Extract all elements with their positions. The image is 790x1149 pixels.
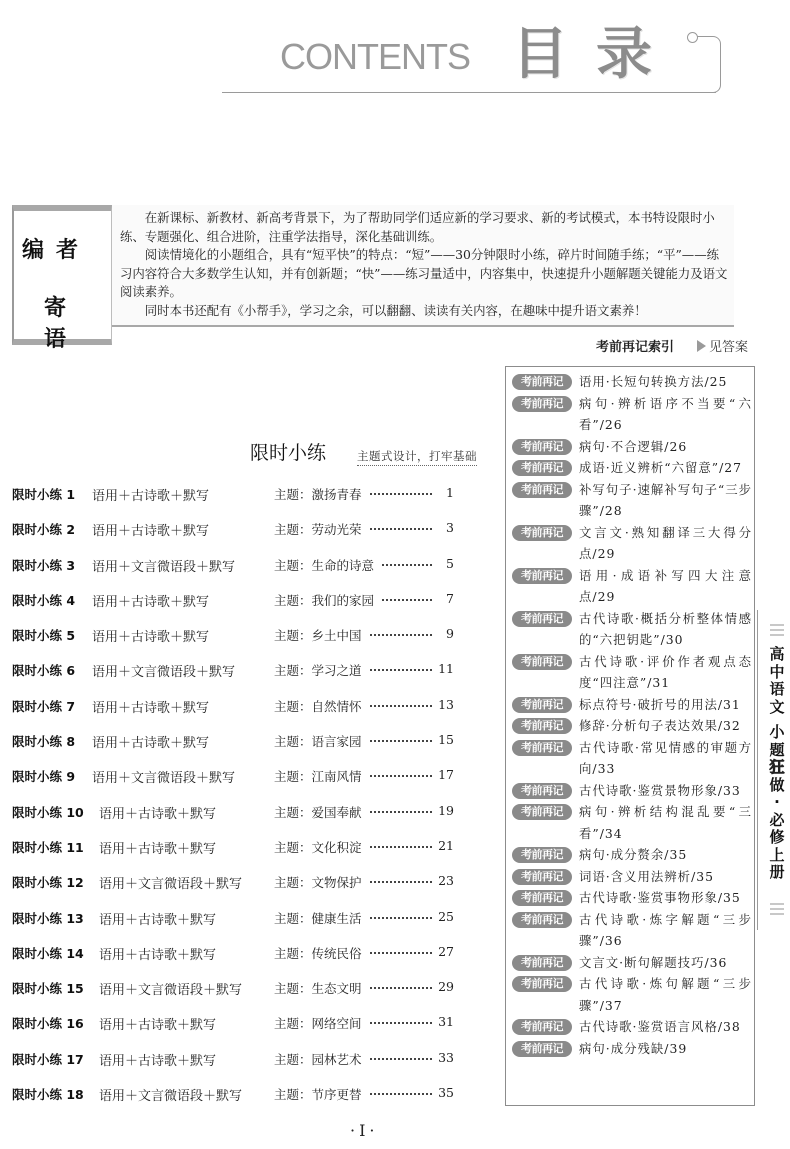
index-item-text: 语用·成语补写四大注意点/29 — [579, 565, 752, 608]
leader-dots — [382, 591, 432, 601]
toc-description: 语用＋古诗歌＋默写 — [92, 485, 209, 504]
review-badge: 考前再记 — [512, 396, 572, 412]
review-badge: 考前再记 — [512, 525, 572, 541]
index-item[interactable]: 考前再记语用·成语补写四大注意点/29 — [512, 565, 752, 608]
toc-page: 21 — [438, 838, 454, 856]
review-badge: 考前再记 — [512, 697, 572, 713]
index-item-text: 古代诗歌·鉴赏景物形象/33 — [579, 780, 752, 802]
toc-number: 限时小练 10 — [12, 803, 84, 821]
editor-label-line1: 编者 — [22, 233, 90, 264]
review-badge: 考前再记 — [512, 890, 572, 906]
toc-number: 限时小练 14 — [12, 944, 84, 962]
review-badge: 考前再记 — [512, 955, 572, 971]
editor-paragraph: 在新课标、新教材、新高考背景下，为了帮助同学们适应新的学习要求、新的考试模式，本… — [120, 209, 730, 246]
toc-description: 语用＋古诗歌＋默写 — [92, 520, 209, 539]
index-title: 考前再记索引 — [596, 336, 674, 355]
review-badge: 考前再记 — [512, 1019, 572, 1035]
leader-dots — [370, 873, 432, 883]
index-item-text: 古代诗歌·炼句解题“三步骤”/37 — [579, 973, 752, 1016]
index-item-text: 古代诗歌·鉴赏语言风格/38 — [579, 1016, 752, 1038]
toc-row[interactable]: 限时小练 9语用＋文言微语段＋默写主题：江南风情17 — [12, 767, 462, 802]
review-badge: 考前再记 — [512, 847, 572, 863]
toc-page: 33 — [438, 1050, 454, 1068]
toc-page: 27 — [438, 944, 454, 962]
index-item[interactable]: 考前再记病句·成分赘余/35 — [512, 844, 752, 866]
toc-theme-label: 主题：园林艺术 — [274, 1050, 362, 1068]
index-item[interactable]: 考前再记病句·不合逻辑/26 — [512, 436, 752, 458]
toc-theme: 主题：文物保护23 — [274, 873, 454, 891]
section-subtitle: 主题式设计，打牢基础 — [357, 448, 477, 466]
editor-label-line2: 寄语 — [44, 291, 111, 353]
toc-page: 13 — [438, 697, 454, 715]
index-item[interactable]: 考前再记病句·成分残缺/39 — [512, 1038, 752, 1060]
toc-row[interactable]: 限时小练 15语用＋文言微语段＋默写主题：生态文明29 — [12, 979, 462, 1014]
toc-description: 语用＋文言微语段＋默写 — [99, 873, 242, 892]
contents-word: CONTENTS — [280, 36, 470, 78]
toc-page: 19 — [438, 803, 454, 821]
toc-number: 限时小练 17 — [12, 1050, 84, 1068]
index-item[interactable]: 考前再记病句·辨析语序不当要“六看”/26 — [512, 393, 752, 436]
toc-theme-label: 主题：网络空间 — [274, 1014, 362, 1032]
leader-dots — [370, 732, 432, 742]
see-answer-link: 见答案 — [697, 336, 748, 355]
leader-dots — [370, 520, 432, 530]
toc-theme: 主题：爱国奉献19 — [274, 803, 454, 821]
toc-row[interactable]: 限时小练 4语用＋古诗歌＋默写主题：我们的家园7 — [12, 591, 462, 626]
toc-theme-label: 主题：文物保护 — [274, 873, 362, 891]
side-tab-subject: 高中语文 — [769, 645, 784, 716]
index-item-text: 病句·辨析语序不当要“六看”/26 — [579, 393, 752, 436]
toc-theme-label: 主题：自然情怀 — [274, 697, 362, 715]
toc-description: 语用＋古诗歌＋默写 — [92, 626, 209, 645]
toc-theme-label: 主题：语言家园 — [274, 732, 362, 750]
index-item-text: 古代诗歌·概括分析整体情感的“六把钥匙”/30 — [579, 608, 752, 651]
toc-page: 7 — [438, 591, 454, 609]
leader-dots — [382, 556, 432, 566]
toc-theme-label: 主题：传统民俗 — [274, 944, 362, 962]
toc-row[interactable]: 限时小练 7语用＋古诗歌＋默写主题：自然情怀13 — [12, 697, 462, 732]
toc-page: 29 — [438, 979, 454, 997]
toc-description: 语用＋古诗歌＋默写 — [92, 697, 209, 716]
toc-number: 限时小练 3 — [12, 556, 75, 574]
toc-number: 限时小练 12 — [12, 873, 84, 891]
toc-description: 语用＋古诗歌＋默写 — [99, 909, 216, 928]
review-badge: 考前再记 — [512, 611, 572, 627]
toc-row[interactable]: 限时小练 10语用＋古诗歌＋默写主题：爱国奉献19 — [12, 803, 462, 838]
leader-dots — [370, 1050, 432, 1060]
index-item[interactable]: 考前再记古代诗歌·鉴赏语言风格/38 — [512, 1016, 752, 1038]
toc-theme: 主题：传统民俗27 — [274, 944, 454, 962]
index-item-text: 补写句子·速解补写句子“三步骤”/28 — [579, 479, 752, 522]
title-char-lu: 录 — [596, 10, 652, 90]
review-badge: 考前再记 — [512, 869, 572, 885]
review-badge: 考前再记 — [512, 912, 572, 928]
toc-theme-label: 主题：激扬青春 — [274, 485, 362, 503]
toc-row[interactable]: 限时小练 2语用＋古诗歌＋默写主题：劳动光荣3 — [12, 520, 462, 555]
toc-page: 5 — [438, 556, 454, 574]
index-item-text: 古代诗歌·评价作者观点态度“四注意”/31 — [579, 651, 752, 694]
toc-row[interactable]: 限时小练 12语用＋文言微语段＋默写主题：文物保护23 — [12, 873, 462, 908]
toc-description: 语用＋文言微语段＋默写 — [92, 767, 235, 786]
toc-number: 限时小练 4 — [12, 591, 75, 609]
index-item[interactable]: 考前再记标点符号·破折号的用法/31 — [512, 694, 752, 716]
toc-theme: 主题：健康生活25 — [274, 909, 454, 927]
index-item[interactable]: 考前再记修辞·分析句子表达效果/32 — [512, 715, 752, 737]
toc-theme: 主题：语言家园15 — [274, 732, 454, 750]
toc-theme: 主题：园林艺术33 — [274, 1050, 454, 1068]
side-tab-series-a: 小题 — [769, 723, 784, 759]
toc-description: 语用＋文言微语段＋默写 — [99, 1085, 242, 1104]
review-badge: 考前再记 — [512, 740, 572, 756]
side-tab-series-b: 狂 — [769, 758, 784, 776]
toc-page: 35 — [438, 1085, 454, 1103]
index-item[interactable]: 考前再记文言文·熟知翻译三大得分点/29 — [512, 522, 752, 565]
toc-theme-label: 主题：节序更替 — [274, 1085, 362, 1103]
toc-number: 限时小练 7 — [12, 697, 75, 715]
review-index-list: 考前再记语用·长短句转换方法/25 考前再记病句·辨析语序不当要“六看”/26 … — [512, 371, 752, 1059]
side-tab-bars-bottom — [770, 903, 784, 918]
editor-message-text: 在新课标、新教材、新高考背景下，为了帮助同学们适应新的学习要求、新的考试模式，本… — [120, 209, 730, 321]
index-item[interactable]: 考前再记古代诗歌·鉴赏事物形象/35 — [512, 887, 752, 909]
toc-theme-label: 主题：劳动光荣 — [274, 520, 362, 538]
review-badge: 考前再记 — [512, 1041, 572, 1057]
toc-row[interactable]: 限时小练 5语用＋古诗歌＋默写主题：乡土中国9 — [12, 626, 462, 661]
side-tab-volume: 必修上册 — [769, 811, 784, 882]
toc-number: 限时小练 1 — [12, 485, 75, 503]
leader-dots — [370, 1085, 432, 1095]
toc-row[interactable]: 限时小练 14语用＋古诗歌＋默写主题：传统民俗27 — [12, 944, 462, 979]
toc-description: 语用＋文言微语段＋默写 — [92, 556, 235, 575]
toc-number: 限时小练 13 — [12, 909, 84, 927]
toc-theme: 主题：激扬青春1 — [274, 485, 454, 503]
toc-number: 限时小练 16 — [12, 1014, 84, 1032]
editor-paragraph: 同时本书还配有《小帮手》，学习之余，可以翻翻、读读有关内容，在趣味中提升语文素养… — [120, 302, 730, 321]
review-badge: 考前再记 — [512, 718, 572, 734]
toc-description: 语用＋古诗歌＋默写 — [99, 803, 216, 822]
toc-description: 语用＋文言微语段＋默写 — [99, 979, 242, 998]
index-item-text: 文言文·断句解题技巧/36 — [579, 952, 752, 974]
toc-row[interactable]: 限时小练 6语用＋文言微语段＋默写主题：学习之道11 — [12, 661, 462, 696]
header-hook-decoration — [693, 36, 721, 93]
index-item[interactable]: 考前再记古代诗歌·常见情感的审题方向/33 — [512, 737, 752, 780]
index-item-text: 病句·不合逻辑/26 — [579, 436, 752, 458]
side-tab-series-c: 做 — [769, 776, 784, 794]
toc-page: 9 — [438, 626, 454, 644]
leader-dots — [370, 697, 432, 707]
index-item-text: 修辞·分析句子表达效果/32 — [579, 715, 752, 737]
index-item[interactable]: 考前再记古代诗歌·炼句解题“三步骤”/37 — [512, 973, 752, 1016]
toc-number: 限时小练 9 — [12, 767, 75, 785]
toc-row[interactable]: 限时小练 3语用＋文言微语段＋默写主题：生命的诗意5 — [12, 556, 462, 591]
side-tab-bars-top — [770, 624, 784, 639]
editor-message-box: 编者 寄语 在新课标、新教材、新高考背景下，为了帮助同学们适应新的学习要求、新的… — [12, 205, 734, 345]
index-item-text: 病句·成分残缺/39 — [579, 1038, 752, 1060]
toc-theme: 主题：生态文明29 — [274, 979, 454, 997]
title-char-mu: 目 — [512, 10, 568, 90]
index-item-text: 成语·近义辨析“六留意”/27 — [579, 457, 752, 479]
toc-number: 限时小练 2 — [12, 520, 75, 538]
toc-row[interactable]: 限时小练 1语用＋古诗歌＋默写主题：激扬青春1 — [12, 485, 462, 520]
toc-theme-label: 主题：生态文明 — [274, 979, 362, 997]
toc-theme-label: 主题：爱国奉献 — [274, 803, 362, 821]
toc-theme-label: 主题：生命的诗意 — [274, 556, 374, 574]
review-badge: 考前再记 — [512, 482, 572, 498]
leader-dots — [370, 626, 432, 636]
section-title: 限时小练 — [250, 438, 326, 465]
review-badge: 考前再记 — [512, 439, 572, 455]
index-item[interactable]: 考前再记词语·含义用法辨析/35 — [512, 866, 752, 888]
toc-page: 31 — [438, 1014, 454, 1032]
leader-dots — [370, 944, 432, 954]
leader-dots — [370, 661, 432, 671]
toc-number: 限时小练 18 — [12, 1085, 84, 1103]
toc-row[interactable]: 限时小练 8语用＋古诗歌＋默写主题：语言家园15 — [12, 732, 462, 767]
toc-number: 限时小练 11 — [12, 838, 84, 856]
review-badge: 考前再记 — [512, 804, 572, 820]
review-badge: 考前再记 — [512, 374, 572, 390]
toc-theme: 主题：劳动光荣3 — [274, 520, 454, 538]
review-index-box: 考前再记语用·长短句转换方法/25 考前再记病句·辨析语序不当要“六看”/26 … — [505, 366, 755, 1106]
header-circle-decoration — [687, 32, 698, 43]
toc-theme-label: 主题：健康生活 — [274, 909, 362, 927]
review-badge: 考前再记 — [512, 654, 572, 670]
toc-description: 语用＋古诗歌＋默写 — [99, 944, 216, 963]
side-tab-rule — [757, 610, 758, 930]
toc-theme-label: 主题：文化积淀 — [274, 838, 362, 856]
review-badge: 考前再记 — [512, 460, 572, 476]
toc-list: 限时小练 1语用＋古诗歌＋默写主题：激扬青春1 限时小练 2语用＋古诗歌＋默写主… — [12, 485, 462, 1120]
toc-number: 限时小练 5 — [12, 626, 75, 644]
toc-theme: 主题：节序更替35 — [274, 1085, 454, 1103]
toc-theme-label: 主题：学习之道 — [274, 661, 362, 679]
index-item-text: 语用·长短句转换方法/25 — [579, 371, 752, 393]
index-item[interactable]: 考前再记古代诗歌·鉴赏景物形象/33 — [512, 780, 752, 802]
review-badge: 考前再记 — [512, 568, 572, 584]
index-item[interactable]: 考前再记文言文·断句解题技巧/36 — [512, 952, 752, 974]
toc-page: 3 — [438, 520, 454, 538]
toc-description: 语用＋文言微语段＋默写 — [92, 661, 235, 680]
toc-page: 1 — [438, 485, 454, 503]
toc-number: 限时小练 6 — [12, 661, 75, 679]
leader-dots — [370, 803, 432, 813]
toc-theme: 主题：我们的家园7 — [274, 591, 454, 609]
toc-theme: 主题：江南风情17 — [274, 767, 454, 785]
editor-message-label: 编者 寄语 — [12, 205, 112, 345]
index-item[interactable]: 考前再记古代诗歌·评价作者观点态度“四注意”/31 — [512, 651, 752, 694]
index-item-text: 病句·成分赘余/35 — [579, 844, 752, 866]
toc-theme: 主题：文化积淀21 — [274, 838, 454, 856]
toc-row[interactable]: 限时小练 13语用＋古诗歌＋默写主题：健康生活25 — [12, 909, 462, 944]
toc-description: 语用＋古诗歌＋默写 — [92, 732, 209, 751]
toc-description: 语用＋古诗歌＋默写 — [99, 1050, 216, 1069]
toc-theme-label: 主题：我们的家园 — [274, 591, 374, 609]
index-item[interactable]: 考前再记古代诗歌·炼字解题“三步骤”/36 — [512, 909, 752, 952]
index-item-text: 标点符号·破折号的用法/31 — [579, 694, 752, 716]
toc-row[interactable]: 限时小练 17语用＋古诗歌＋默写主题：园林艺术33 — [12, 1050, 462, 1085]
toc-description: 语用＋古诗歌＋默写 — [99, 1014, 216, 1033]
page-number: ·Ⅰ· — [350, 1121, 379, 1140]
toc-page: 11 — [438, 661, 454, 679]
toc-theme: 主题：生命的诗意5 — [274, 556, 454, 574]
index-item-text: 文言文·熟知翻译三大得分点/29 — [579, 522, 752, 565]
leader-dots — [370, 838, 432, 848]
index-item[interactable]: 考前再记语用·长短句转换方法/25 — [512, 371, 752, 393]
triangle-right-icon — [697, 340, 706, 352]
side-tab-dot: · — [774, 793, 780, 811]
toc-description: 语用＋古诗歌＋默写 — [92, 591, 209, 610]
review-badge: 考前再记 — [512, 783, 572, 799]
toc-theme: 主题：学习之道11 — [274, 661, 454, 679]
toc-number: 限时小练 8 — [12, 732, 75, 750]
header-rule — [222, 92, 716, 93]
index-item-text: 古代诗歌·鉴赏事物形象/35 — [579, 887, 752, 909]
toc-page: 25 — [438, 909, 454, 927]
leader-dots — [370, 909, 432, 919]
toc-theme: 主题：自然情怀13 — [274, 697, 454, 715]
toc-description: 语用＋古诗歌＋默写 — [99, 838, 216, 857]
toc-theme-label: 主题：乡土中国 — [274, 626, 362, 644]
index-item-text: 古代诗歌·炼字解题“三步骤”/36 — [579, 909, 752, 952]
leader-dots — [370, 1014, 432, 1024]
toc-number: 限时小练 15 — [12, 979, 84, 997]
index-item[interactable]: 考前再记古代诗歌·概括分析整体情感的“六把钥匙”/30 — [512, 608, 752, 651]
index-item[interactable]: 考前再记成语·近义辨析“六留意”/27 — [512, 457, 752, 479]
editor-message-rule — [112, 325, 734, 327]
toc-row[interactable]: 限时小练 18语用＋文言微语段＋默写主题：节序更替35 — [12, 1085, 462, 1120]
toc-theme-label: 主题：江南风情 — [274, 767, 362, 785]
toc-page: 17 — [438, 767, 454, 785]
index-item-text: 病句·辨析结构混乱要“三看”/34 — [579, 801, 752, 844]
toc-theme: 主题：乡土中国9 — [274, 626, 454, 644]
index-item[interactable]: 考前再记病句·辨析结构混乱要“三看”/34 — [512, 801, 752, 844]
toc-row[interactable]: 限时小练 11语用＋古诗歌＋默写主题：文化积淀21 — [12, 838, 462, 873]
index-item-text: 古代诗歌·常见情感的审题方向/33 — [579, 737, 752, 780]
index-item[interactable]: 考前再记补写句子·速解补写句子“三步骤”/28 — [512, 479, 752, 522]
side-tab-book-title: 高中语文 小题狂做·必修上册 — [768, 646, 786, 882]
toc-page: 15 — [438, 732, 454, 750]
leader-dots — [370, 767, 432, 777]
toc-theme: 主题：网络空间31 — [274, 1014, 454, 1032]
toc-page: 23 — [438, 873, 454, 891]
review-badge: 考前再记 — [512, 976, 572, 992]
leader-dots — [370, 979, 432, 989]
editor-paragraph: 阅读情境化的小题组合，具有“短平快”的特点：“短”——30分钟限时小练，碎片时间… — [120, 246, 730, 302]
leader-dots — [370, 485, 432, 495]
index-item-text: 词语·含义用法辨析/35 — [579, 866, 752, 888]
toc-row[interactable]: 限时小练 16语用＋古诗歌＋默写主题：网络空间31 — [12, 1014, 462, 1049]
see-answer-label: 见答案 — [709, 336, 748, 355]
